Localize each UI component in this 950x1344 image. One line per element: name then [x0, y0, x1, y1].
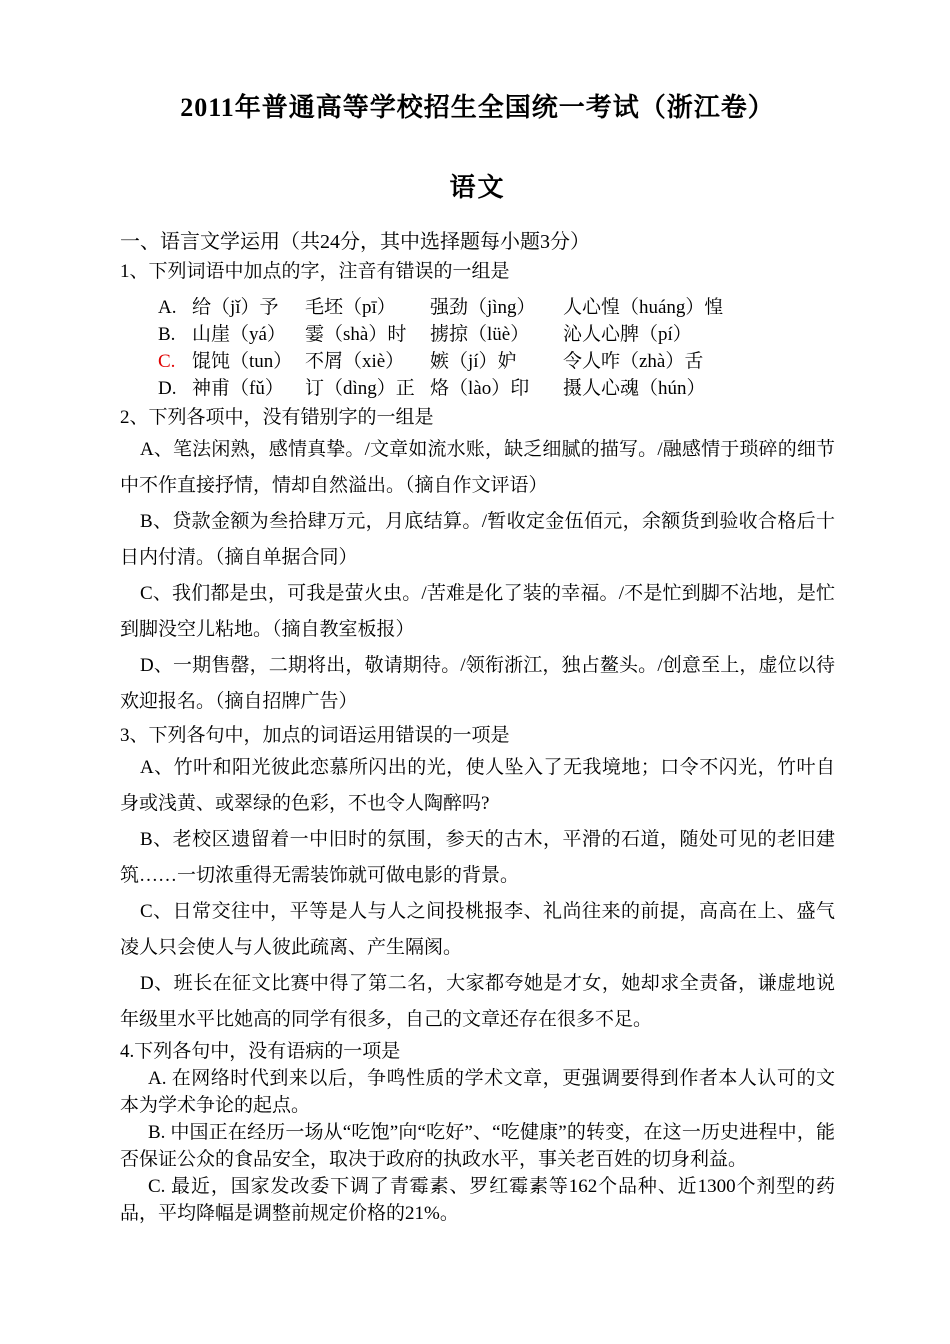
- q1-option-d-word3: 烙（lào）印: [430, 375, 563, 402]
- q1-option-b-word2: 霎（shà）时: [305, 321, 430, 348]
- q3-option-a: A、竹叶和阳光彼此恋慕所闪出的光，使人坠入了无我境地；口令不闪光，竹叶自身或浅黄…: [120, 750, 835, 822]
- exam-document-page: 2011年普通高等学校招生全国统一考试（浙江卷） 语文 一、语言文学运用（共24…: [0, 0, 950, 1344]
- section1-heading: 一、语言文学运用（共24分，其中选择题每小题3分）: [120, 228, 835, 256]
- q1-option-a-label: A.: [158, 294, 192, 321]
- q1-option-b-word4: 沁人心脾（pí）: [563, 321, 835, 348]
- document-content: 2011年普通高等学校招生全国统一考试（浙江卷） 语文 一、语言文学运用（共24…: [0, 0, 950, 1227]
- q1-option-c-label-highlighted: C.: [158, 348, 192, 375]
- q3-stem: 3、下列各句中，加点的词语运用错误的一项是: [120, 722, 835, 750]
- q1-option-a-word3: 强劲（jìng）: [430, 294, 563, 321]
- q1-option-a-word2: 毛坯（pī）: [305, 294, 430, 321]
- q4-option-a: A. 在网络时代到来以后，争鸣性质的学术文章，更强调要得到作者本人认可的文本为学…: [120, 1065, 835, 1119]
- q1-options-table: A. 给（jǐ）予 毛坯（pī） 强劲（jìng） 人心惶（huáng）惶 B.…: [120, 294, 835, 402]
- q1-option-d-word2: 订（dìng）正: [305, 375, 430, 402]
- q1-option-d-word1: 神甫（fǔ）: [192, 375, 305, 402]
- q1-option-b-word3: 掳掠（lüè）: [430, 321, 563, 348]
- q4-option-c: C. 最近，国家发改委下调了青霉素、罗红霉素等162个品种、近1300个剂型的药…: [120, 1173, 835, 1227]
- q3-option-b: B、老校区遗留着一中旧时的氛围，参天的古木，平滑的石道，随处可见的老旧建筑……一…: [120, 822, 835, 894]
- q1-option-c-word3: 嫉（jí）妒: [430, 348, 563, 375]
- q2-option-c: C、我们都是虫，可我是萤火虫。/苦难是化了装的幸福。/不是忙到脚不沾地，是忙到脚…: [120, 576, 835, 648]
- q3-option-c: C、日常交往中，平等是人与人之间投桃报李、礼尚往来的前提，高高在上、盛气凌人只会…: [120, 894, 835, 966]
- q1-option-c-word2: 不屑（xiè）: [305, 348, 430, 375]
- q2-option-b: B、贷款金额为叁拾肆万元，月底结算。/暂收定金伍佰元，余额货到验收合格后十日内付…: [120, 504, 835, 576]
- q2-stem: 2、下列各项中，没有错别字的一组是: [120, 404, 835, 432]
- q3-option-d: D、班长在征文比赛中得了第二名，大家都夸她是才女，她却求全责备，谦虚地说年级里水…: [120, 966, 835, 1038]
- q4-option-b: B. 中国正在经历一场从“吃饱”向“吃好”、“吃健康”的转变，在这一历史进程中，…: [120, 1119, 835, 1173]
- q1-option-d-word4: 摄人心魂（hún）: [563, 375, 835, 402]
- subject-title: 语文: [120, 170, 835, 206]
- q4-stem: 4.下列各句中，没有语病的一项是: [120, 1038, 835, 1065]
- q1-option-b-word1: 山崖（yá）: [192, 321, 305, 348]
- q2-option-a: A、笔法闲熟，感情真挚。/文章如流水账，缺乏细腻的描写。/融感情于琐碎的细节中不…: [120, 432, 835, 504]
- q1-option-a-word4: 人心惶（huáng）惶: [563, 294, 835, 321]
- page-title: 2011年普通高等学校招生全国统一考试（浙江卷）: [120, 88, 835, 128]
- q1-option-a-word1: 给（jǐ）予: [192, 294, 305, 321]
- q1-option-b-label: B.: [158, 321, 192, 348]
- q2-option-d: D、一期售罄，二期将出，敬请期待。/领衔浙江，独占鳌头。/创意至上，虚位以待欢迎…: [120, 648, 835, 720]
- q1-option-d-label: D.: [158, 375, 192, 402]
- q1-stem: 1、下列词语中加点的字，注音有错误的一组是: [120, 258, 835, 286]
- q1-option-c-word4: 令人咋（zhà）舌: [563, 348, 835, 375]
- q1-option-c-word1: 馄饨（tun）: [192, 348, 305, 375]
